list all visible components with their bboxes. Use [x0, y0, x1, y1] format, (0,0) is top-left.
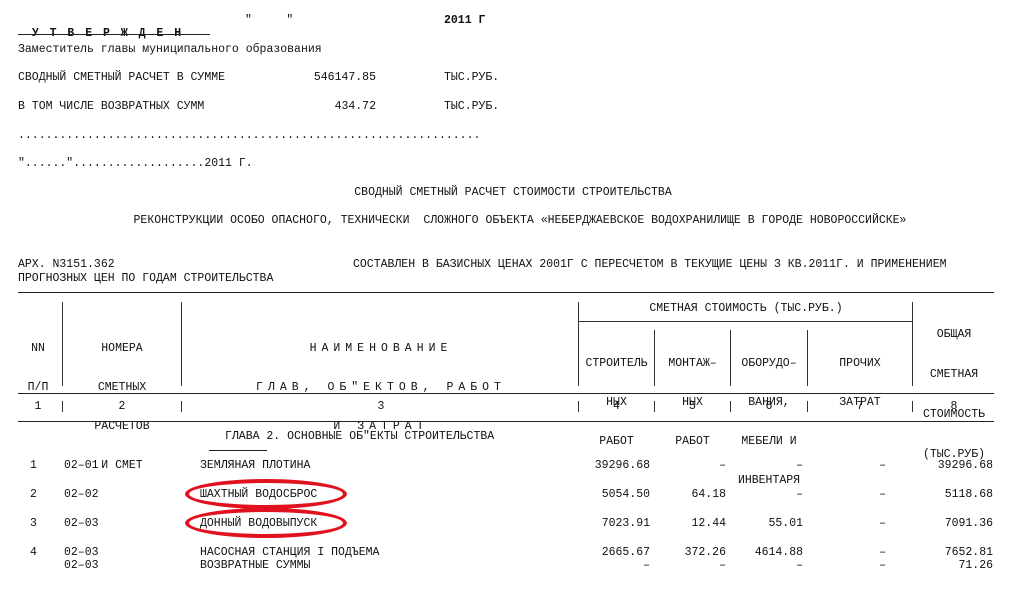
col-num-2: 2: [64, 400, 180, 413]
col-num-1: 1: [18, 400, 58, 413]
col-num-8: 8: [913, 400, 995, 413]
cost-group-rule: [578, 321, 912, 322]
cell-construction: –: [570, 559, 650, 572]
total-unit: ТЫС.РУБ.: [444, 71, 499, 84]
cell-code: 02–01: [64, 459, 124, 472]
chapter-heading: ГЛАВА 2. ОСНОВНЫЕ ОБ"ЕКТЫ СТРОИТЕЛЬСТВА: [225, 430, 494, 443]
date-line: "......"...................2011 Г.: [18, 157, 253, 170]
header-other-line: ПРОЧИХ: [808, 357, 912, 370]
cell-code: 02–03: [64, 546, 124, 559]
col-num-3: 3: [184, 400, 578, 413]
col-num-7: 7: [808, 400, 912, 413]
col-separator: [62, 302, 63, 386]
cell-code: 02–03: [64, 559, 124, 572]
cell-construction: 39296.68: [570, 459, 650, 472]
highlight-ellipse: [185, 508, 347, 538]
cell-other: –: [830, 546, 886, 559]
header-equipment-line: ОБОРУДО–: [731, 357, 807, 370]
cell-equipment: 55.01: [720, 517, 803, 530]
col-separator: [62, 401, 63, 412]
cell-other: –: [830, 459, 886, 472]
col-num-4: 4: [579, 400, 654, 413]
returns-label: В ТОМ ЧИСЛЕ ВОЗВРАТНЫХ СУММ: [18, 100, 204, 113]
header-equipment-line: МЕБЕЛИ И: [731, 435, 807, 448]
chapter-underline: [209, 450, 267, 451]
approved-label: У Т В Е Р Ж Д Е Н: [18, 14, 183, 40]
total-value: 546147.85: [300, 71, 376, 84]
signature-line: ........................................…: [18, 129, 480, 142]
cell-other: –: [830, 488, 886, 501]
returns-value: 434.72: [300, 100, 376, 113]
approver-position: Заместитель главы муниципального образов…: [18, 43, 322, 56]
cell-installation: 372.26: [650, 546, 726, 559]
cell-construction: 2665.67: [570, 546, 650, 559]
cell-nn: 1: [30, 459, 46, 472]
cell-total: 5118.68: [900, 488, 993, 501]
cell-installation: –: [650, 559, 726, 572]
cell-other: –: [830, 517, 886, 530]
cell-construction: 7023.91: [570, 517, 650, 530]
header-cost-group: СМЕТНАЯ СТОИМОСТЬ (ТЫС.РУБ.): [580, 302, 912, 315]
header-installation-line: МОНТАЖ–: [655, 357, 730, 370]
col-num-6: 6: [731, 400, 807, 413]
header-other: ПРОЧИХ ЗАТРАТ: [808, 331, 912, 435]
cell-code: 02–02: [64, 488, 124, 501]
cell-name: ВОЗВРАТНЫЕ СУММЫ: [200, 559, 500, 572]
cell-construction: 5054.50: [570, 488, 650, 501]
header-numbers-line: НОМЕРА: [64, 342, 180, 355]
cell-equipment: 4614.88: [720, 546, 803, 559]
total-label: СВОДНЫЙ СМЕТНЫЙ РАСЧЕТ В СУММЕ: [18, 71, 225, 84]
cell-code: 02–03: [64, 517, 124, 530]
header-nn-line: NN: [18, 342, 58, 355]
compiled-note-cont: ПРОГНОЗНЫХ ЦЕН ПО ГОДАМ СТРОИТЕЛЬСТВА: [18, 272, 273, 285]
header-installation-line: РАБОТ: [655, 435, 730, 448]
cell-equipment: –: [720, 488, 803, 501]
cell-installation: 64.18: [650, 488, 726, 501]
column-numbers-rule: [18, 421, 994, 422]
archive-number: АРХ. N3151.362: [18, 258, 115, 271]
cell-total: 71.26: [900, 559, 993, 572]
cell-other: –: [830, 559, 886, 572]
cell-name: ЗЕМЛЯНАЯ ПЛОТИНА: [200, 459, 500, 472]
cell-equipment: –: [720, 559, 803, 572]
header-total-line: СМЕТНАЯ: [913, 368, 995, 381]
cell-total: 39296.68: [900, 459, 993, 472]
cell-installation: 12.44: [650, 517, 726, 530]
header-equipment: ОБОРУДО– ВАНИЯ, МЕБЕЛИ И ИНВЕНТАРЯ: [731, 331, 807, 513]
header-construction-line: РАБОТ: [579, 435, 654, 448]
header-name-line: НАИМЕНОВАНИЕ: [184, 342, 578, 355]
cell-equipment: –: [720, 459, 803, 472]
returns-unit: ТЫС.РУБ.: [444, 100, 499, 113]
col-num-5: 5: [655, 400, 730, 413]
approval-underline: [18, 34, 210, 35]
header-construction-line: СТРОИТЕЛЬ: [579, 357, 654, 370]
cell-nn: 2: [30, 488, 46, 501]
header-equipment-line: ИНВЕНТАРЯ: [731, 474, 807, 487]
cell-installation: –: [650, 459, 726, 472]
approval-year: 2011 Г: [444, 14, 485, 27]
cell-nn: 3: [30, 517, 46, 530]
highlight-ellipse: [185, 479, 347, 509]
table-top-rule: [18, 292, 994, 293]
col-separator: [181, 302, 182, 386]
document-title: СВОДНЫЙ СМЕТНЫЙ РАСЧЕТ СТОИМОСТИ СТРОИТЕ…: [0, 186, 1026, 199]
document-subtitle: РЕКОНСТРУКЦИИ ОСОБО ОПАСНОГО, ТЕХНИЧЕСКИ…: [0, 214, 1026, 227]
compiled-note: СОСТАВЛЕН В БАЗИСНЫХ ЦЕНАХ 2001Г С ПЕРЕС…: [353, 258, 947, 271]
cell-total: 7091.36: [900, 517, 993, 530]
cell-total: 7652.81: [900, 546, 993, 559]
approval-date-quotes: " ": [245, 14, 293, 27]
header-bottom-rule: [18, 393, 994, 394]
col-separator: [181, 401, 182, 412]
cell-name: НАСОСНАЯ СТАНЦИЯ I ПОДЪЕМА: [200, 546, 500, 559]
header-total-line: ОБЩАЯ: [913, 328, 995, 341]
cell-nn: 4: [30, 546, 46, 559]
